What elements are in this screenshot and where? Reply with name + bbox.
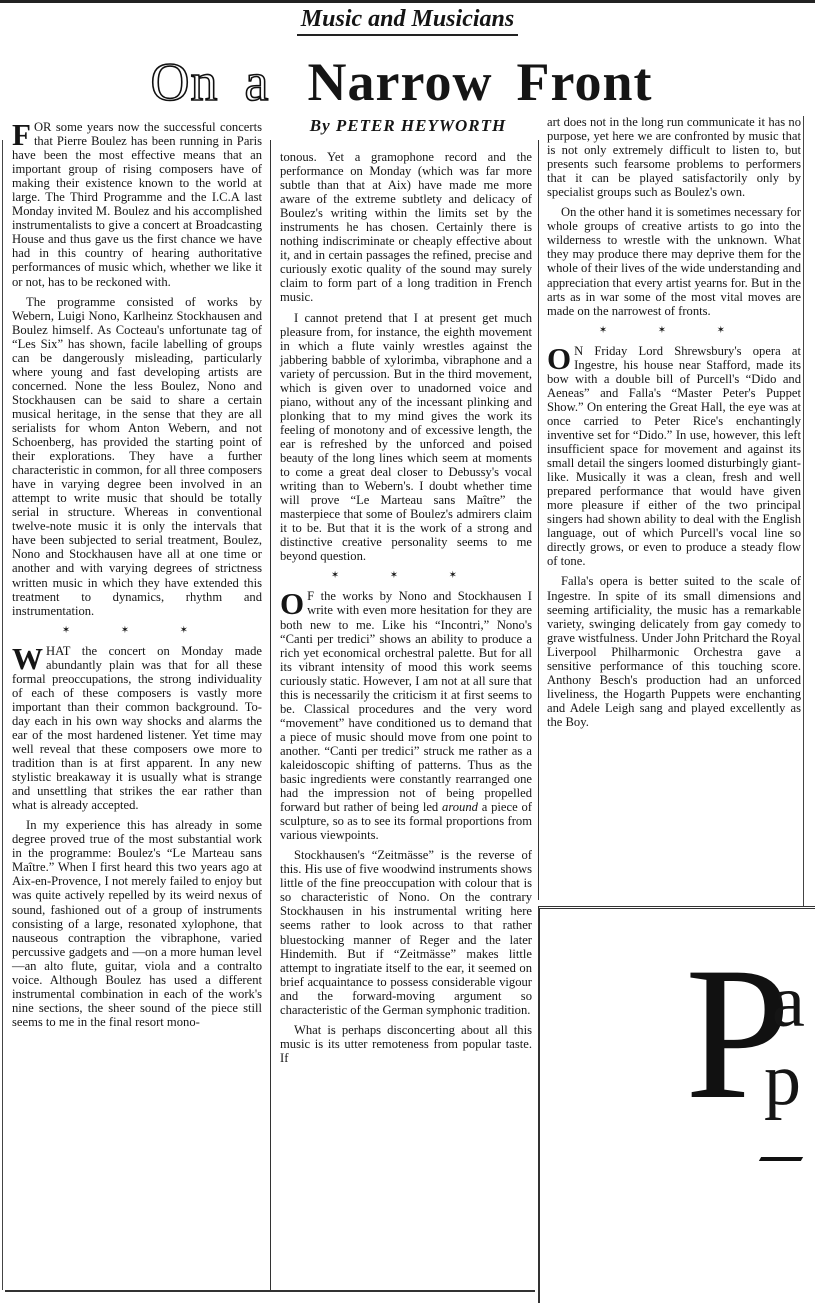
- advert-text-line-1: a: [772, 965, 805, 1039]
- paragraph: I cannot pretend that I at present get m…: [280, 311, 532, 564]
- column-divider: [270, 140, 271, 1290]
- bottom-rule: [5, 1290, 535, 1292]
- drop-cap: F: [12, 122, 31, 148]
- drop-cap: O: [547, 346, 571, 372]
- headline-word-narrow: Narrow: [308, 52, 493, 112]
- article-column-2: tonous. Yet a gramophone record and the …: [280, 150, 532, 1071]
- top-rule: [0, 0, 815, 3]
- article-column-3: art does not in the long run communicate…: [547, 115, 801, 735]
- drop-cap: O: [280, 591, 304, 617]
- emphasis-text: around: [442, 800, 478, 814]
- paragraph: In my experience this has already in som…: [12, 818, 262, 1029]
- advert-dash: [759, 1157, 803, 1161]
- left-column-rule: [2, 140, 3, 1290]
- advertisement-box: P a p: [538, 906, 815, 1303]
- section-separator: ✶ ✶ ✶: [280, 569, 532, 583]
- paragraph: Stockhausen's “Zeitmässe” is the reverse…: [280, 848, 532, 1017]
- headline-word-front: Front: [516, 52, 652, 112]
- paragraph: art does not in the long run communicate…: [547, 115, 801, 199]
- headline-word-on: On: [151, 52, 219, 112]
- paragraph: FOR some years now the successful concer…: [12, 120, 262, 289]
- paragraph: On the other hand it is sometimes necess…: [547, 205, 801, 317]
- paragraph: WHAT the concert on Monday made abundant…: [12, 644, 262, 813]
- article-headline: OnaNarrowFront: [0, 52, 815, 112]
- drop-cap: W: [12, 646, 43, 672]
- paragraph: OF the works by Nono and Stockhausen I w…: [280, 589, 532, 842]
- paragraph: Falla's opera is better suited to the sc…: [547, 574, 801, 729]
- section-heading-text: Music and Musicians: [297, 6, 518, 36]
- paragraph-text: HAT the concert on Monday made abundantl…: [12, 644, 262, 813]
- paragraph: The programme consisted of works by Webe…: [12, 295, 262, 618]
- article-column-1: FOR some years now the successful concer…: [12, 120, 262, 1035]
- section-separator: ✶ ✶ ✶: [12, 624, 262, 638]
- paragraph-text: N Friday Lord Shrewsbury's opera at Inge…: [547, 344, 801, 569]
- paragraph: ON Friday Lord Shrewsbury's opera at Ing…: [547, 344, 801, 569]
- column-divider: [538, 140, 539, 900]
- paragraph-text: OR some years now the successful concert…: [12, 120, 262, 289]
- paragraph: tonous. Yet a gramophone record and the …: [280, 150, 532, 305]
- byline: By PETER HEYWORTH: [278, 116, 538, 136]
- section-heading: Music and Musicians: [0, 6, 815, 33]
- adjacent-column-fragment: [803, 116, 815, 906]
- advert-text-line-2: p: [764, 1043, 801, 1117]
- headline-word-a: a: [245, 52, 270, 112]
- section-separator: ✶ ✶ ✶: [547, 324, 801, 338]
- paragraph: What is perhaps disconcerting about all …: [280, 1023, 532, 1065]
- paragraph-text: F the works by Nono and Stockhausen I wr…: [280, 589, 532, 814]
